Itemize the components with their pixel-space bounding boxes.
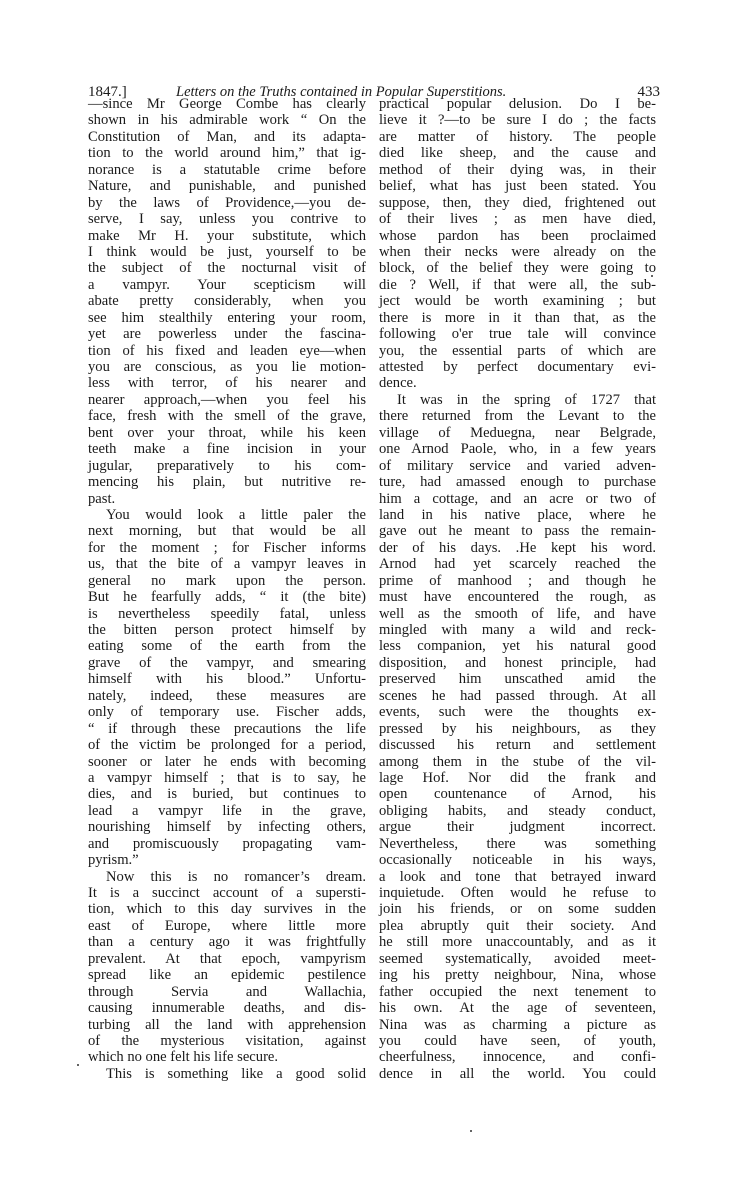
text-line: sooner or later he ends with becoming: [88, 754, 366, 770]
text-line: pyrism.”: [88, 852, 366, 868]
text-line: of their lives ; as men have died,: [379, 211, 656, 227]
text-line: land in his native place, where he: [379, 507, 656, 523]
text-line: us, that the bite of a vampyr leaves in: [88, 556, 366, 572]
text-line: when their necks were already on the: [379, 244, 656, 260]
text-line: less with terror, of his nearer and: [88, 375, 366, 391]
text-line: less companion, yet his natural good: [379, 638, 656, 654]
text-line: father occupied the next tenement to: [379, 984, 656, 1000]
text-line: and promiscuously propagating vam-: [88, 836, 366, 852]
text-line: nourishing himself by infecting others,: [88, 819, 366, 835]
text-line: causing innumerable deaths, and dis-: [88, 1000, 366, 1016]
text-line: events, such were the thoughts ex-: [379, 704, 656, 720]
text-line: spread like an epidemic pestilence: [88, 967, 366, 983]
text-line: die ? Well, if that were all, the sub-: [379, 277, 656, 293]
text-line: obliging habits, and steady conduct,: [379, 803, 656, 819]
text-line: ture, had amassed enough to purchase: [379, 474, 656, 490]
text-line: dies, and is buried, but continues to: [88, 786, 366, 802]
text-line: died like sheep, and the cause and: [379, 145, 656, 161]
text-line: practical popular delusion. Do I be-: [379, 96, 656, 112]
text-line: discussed his return and settlement: [379, 737, 656, 753]
left-text-column: —since Mr George Combe has clearlyshown …: [88, 96, 366, 1082]
text-line: Arnod had yet scarcely reached the: [379, 556, 656, 572]
text-line: of the mysterious visitation, against: [88, 1033, 366, 1049]
text-line: serve, I say, unless you contrive to: [88, 211, 366, 227]
text-line: village of Meduegna, near Belgrade,: [379, 425, 656, 441]
stray-ink-dot: [77, 1064, 79, 1066]
text-line: belief, what has just been stated. You: [379, 178, 656, 194]
text-line: general no mark upon the person.: [88, 573, 366, 589]
text-line: tion, which to this day survives in the: [88, 901, 366, 917]
text-line: past.: [88, 491, 366, 507]
text-line: attested by perfect documentary evi-: [379, 359, 656, 375]
text-line: east of Europe, where little more: [88, 918, 366, 934]
text-line: next morning, but that would be all: [88, 523, 366, 539]
text-line: open countenance of Arnod, his: [379, 786, 656, 802]
text-line: abate pretty considerably, when you: [88, 293, 366, 309]
text-line: mingled with many a wild and reck-: [379, 622, 656, 638]
text-line: whose pardon has been proclaimed: [379, 228, 656, 244]
text-line: by the laws of Providence,—you de-: [88, 195, 366, 211]
text-line: gave out he meant to pass the remain-: [379, 523, 656, 539]
text-line: shown in his admirable work “ On the: [88, 112, 366, 128]
text-line: his own. At the age of seventeen,: [379, 1000, 656, 1016]
text-line: argue their judgment incorrect.: [379, 819, 656, 835]
text-line: It is a succinct account of a supersti-: [88, 885, 366, 901]
text-line: Nature, and punishable, and punished: [88, 178, 366, 194]
text-line: only of temporary use. Fischer adds,: [88, 704, 366, 720]
text-line: you could have seen, of youth,: [379, 1033, 656, 1049]
text-line: tion to the world around him,” that ig-: [88, 145, 366, 161]
text-line: You would look a little paler the: [88, 507, 366, 523]
text-line: the subject of the nocturnal visit of: [88, 260, 366, 276]
text-line: lead a vampyr life in the grave,: [88, 803, 366, 819]
stray-ink-dot: [470, 1130, 472, 1132]
scanned-page: 1847.] Letters on the Truths contained i…: [0, 0, 750, 1179]
text-line: grave of the vampyr, and smearing: [88, 655, 366, 671]
text-line: well as the smooth of life, and have: [379, 606, 656, 622]
right-text-column: practical popular delusion. Do I be-liev…: [379, 96, 656, 1082]
text-line: see him stealthily entering your room,: [88, 310, 366, 326]
text-line: inquietude. Often would he refuse to: [379, 885, 656, 901]
text-line: prevalent. At that epoch, vampyrism: [88, 951, 366, 967]
text-line: This is something like a good solid: [88, 1066, 366, 1082]
text-line: lage Hof. Nor did the frank and: [379, 770, 656, 786]
text-line: jugular, preparatively to his com-: [88, 458, 366, 474]
text-line: is nevertheless speedily fatal, unless: [88, 606, 366, 622]
text-line: Constitution of Man, and its adapta-: [88, 129, 366, 145]
text-line: there is more in it than that, as the: [379, 310, 656, 326]
text-line: “ if through these precautions the life: [88, 721, 366, 737]
text-line: than a century ago it was frightfully: [88, 934, 366, 950]
text-line: a vampyr himself ; that is to say, he: [88, 770, 366, 786]
text-line: But he fearfully adds, “ it (the bite): [88, 589, 366, 605]
text-line: ing his pretty neighbour, Nina, whose: [379, 967, 656, 983]
text-line: lieve it ?—to be sure I do ; the facts: [379, 112, 656, 128]
text-line: one Arnod Paole, who, in a few years: [379, 441, 656, 457]
text-line: occasionally noticeable in his ways,: [379, 852, 656, 868]
text-line: bent over your throat, while his keen: [88, 425, 366, 441]
text-line: seemed systematically, avoided meet-: [379, 951, 656, 967]
text-line: mencing his plain, but nutritive re-: [88, 474, 366, 490]
text-line: among them in the stube of the vil-: [379, 754, 656, 770]
text-line: nearer approach,—when you feel his: [88, 392, 366, 408]
text-line: turbing all the land with apprehension: [88, 1017, 366, 1033]
text-line: norance is a statutable crime before: [88, 162, 366, 178]
text-line: ject would be worth examining ; but: [379, 293, 656, 309]
text-line: him a cottage, and an acre or two of: [379, 491, 656, 507]
text-line: Now this is no romancer’s dream.: [88, 869, 366, 885]
text-line: der of his days. .He kept his word.: [379, 540, 656, 556]
text-line: which no one felt his life secure.: [88, 1049, 366, 1065]
text-line: suppose, then, they died, frightened out: [379, 195, 656, 211]
text-line: of military service and varied adven-: [379, 458, 656, 474]
text-line: join his friends, or on some sudden: [379, 901, 656, 917]
text-line: a look and tone that betrayed inward: [379, 869, 656, 885]
text-line: following o'er true tale will convince: [379, 326, 656, 342]
text-line: I think would be just, yourself to be: [88, 244, 366, 260]
text-line: teeth make a fine incision in your: [88, 441, 366, 457]
text-line: dence in all the world. You could: [379, 1066, 656, 1082]
text-line: you, the essential parts of which are: [379, 343, 656, 359]
text-line: pressed by his neighbours, as they: [379, 721, 656, 737]
text-line: preserved him unscathed amid the: [379, 671, 656, 687]
stray-ink-dot: [651, 275, 653, 277]
text-line: are matter of history. The people: [379, 129, 656, 145]
text-line: make Mr H. your substitute, which: [88, 228, 366, 244]
text-line: eating some of the earth from the: [88, 638, 366, 654]
text-line: of the victim be prolonged for a period,: [88, 737, 366, 753]
text-line: block, of the belief they were going to: [379, 260, 656, 276]
text-line: a vampyr. Your scepticism will: [88, 277, 366, 293]
text-line: plea abruptly quit their society. And: [379, 918, 656, 934]
text-line: scenes he had passed through. At all: [379, 688, 656, 704]
text-line: It was in the spring of 1727 that: [379, 392, 656, 408]
text-line: Nevertheless, there was something: [379, 836, 656, 852]
text-line: face, fresh with the smell of the grave,: [88, 408, 366, 424]
text-line: through Servia and Wallachia,: [88, 984, 366, 1000]
text-line: prime of manhood ; and though he: [379, 573, 656, 589]
text-line: himself with his blood.” Unfortu-: [88, 671, 366, 687]
text-line: Nina was as charming a picture as: [379, 1017, 656, 1033]
text-line: must have encountered the rough, as: [379, 589, 656, 605]
text-line: nately, indeed, these measures are: [88, 688, 366, 704]
text-line: you are conscious, as you lie motion-: [88, 359, 366, 375]
text-line: dence.: [379, 375, 656, 391]
text-line: he still more unaccountably, and as it: [379, 934, 656, 950]
text-line: there returned from the Levant to the: [379, 408, 656, 424]
text-line: method of their dying was, in their: [379, 162, 656, 178]
text-line: disposition, and honest principle, had: [379, 655, 656, 671]
text-line: —since Mr George Combe has clearly: [88, 96, 366, 112]
text-line: cheerfulness, innocence, and confi-: [379, 1049, 656, 1065]
text-line: the bitten person protect himself by: [88, 622, 366, 638]
text-line: tion of his fixed and leaden eye—when: [88, 343, 366, 359]
text-line: yet are powerless under the fascina-: [88, 326, 366, 342]
text-line: for the moment ; for Fischer informs: [88, 540, 366, 556]
